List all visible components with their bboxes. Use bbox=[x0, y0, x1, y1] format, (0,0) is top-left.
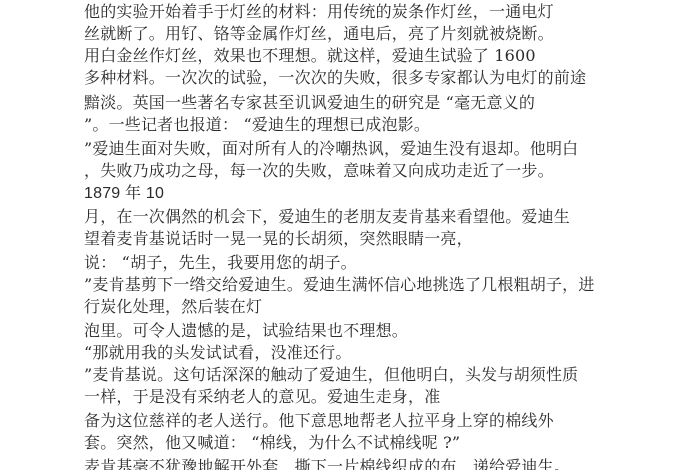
text-line: 行炭化处理，然后装在灯 bbox=[84, 297, 262, 317]
text-line: ”爱迪生面对失败，面对所有人的冷嘲热讽，爱迪生没有退却。他明白 bbox=[84, 139, 578, 159]
document-page: 他的实验开始着手于灯丝的材料：用传统的炭条作灯丝，一通电灯 丝就断了。用钌、铬等… bbox=[0, 0, 700, 470]
text-line: 黯淡。英国一些著名专家甚至讥讽爱迪生的研究是 “毫无意义的 bbox=[84, 93, 535, 113]
text-line: “那就用我的头发试试看，没准还行。 bbox=[84, 343, 352, 363]
text-line: ”。一些记者也报道： “爱迪生的理想已成泡影。 bbox=[84, 115, 430, 135]
text-line: ”麦肯基剪下一绺交给爱迪生。爱迪生满怀信心地挑选了几根粗胡子，进 bbox=[84, 275, 595, 295]
year-heading-line: 1879 年 10 bbox=[84, 184, 164, 204]
text-line: 丝就断了。用钌、铬等金属作灯丝，通电后，亮了片刻就被烧断。 bbox=[84, 24, 554, 44]
text-line: 备为这位慈祥的老人送行。他下意思地帮老人拉平身上穿的棉线外 bbox=[84, 411, 554, 431]
text-line: 说： “胡子，先生，我要用您的胡子。 bbox=[84, 253, 357, 273]
text-line: 望着麦肯基说话时一晃一晃的长胡须，突然眼睛一亮， bbox=[84, 229, 473, 249]
text-line: 用白金丝作灯丝，效果也不理想。就这样，爱迪生试验了 1600 bbox=[84, 46, 536, 66]
text-line: 多种材料。一次次的试验，一次次的失败，很多专家都认为电灯的前途 bbox=[84, 68, 586, 88]
text-line-partial: 麦肯基毫不犹豫地解开外套，撕下一片棉线织成的布，递给爱迪生。 bbox=[84, 457, 570, 470]
text-line: 他的实验开始着手于灯丝的材料：用传统的炭条作灯丝，一通电灯 bbox=[84, 2, 554, 22]
text-line: 泡里。可令人遗憾的是，试验结果也不理想。 bbox=[84, 321, 408, 341]
text-line: 套。突然，他又喊道： “棉线，为什么不试棉线呢 ?” bbox=[84, 433, 460, 453]
text-line: 月，在一次偶然的机会下，爱迪生的老朋友麦肯基来看望他。爱迪生 bbox=[84, 207, 570, 227]
text-line: ”麦肯基说。这句话深深的触动了爱迪生，但他明白，头发与胡须性质 bbox=[84, 365, 578, 385]
text-line: 一样，于是没有采纳老人的意见。爱迪生走身，准 bbox=[84, 387, 440, 407]
text-line: ，失败乃成功之母，每一次的失败，意味着又向成功走近了一步。 bbox=[84, 161, 554, 181]
